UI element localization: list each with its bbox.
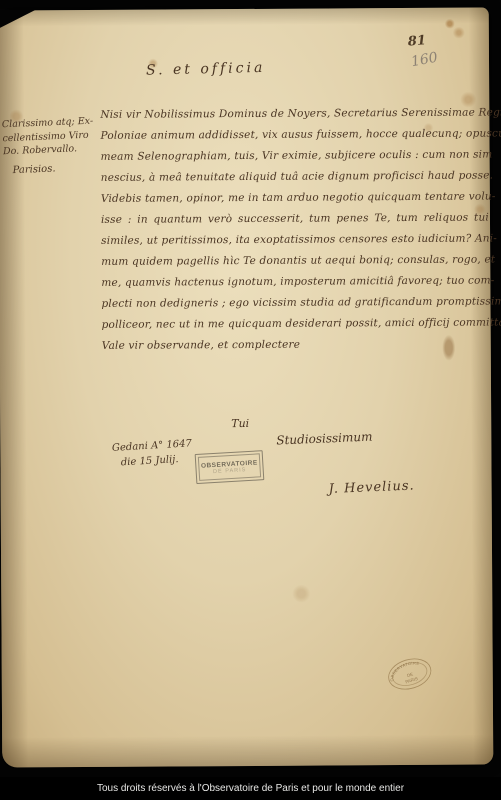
body-line: Videbis tamen, opinor, me in tam arduo n… xyxy=(101,187,489,210)
body-line: me, quamvis hactenus ignotum, imposterum… xyxy=(101,271,489,294)
body-line: mum quidem pagellis hìc Te donantis ut a… xyxy=(101,250,489,273)
embossed-seal: OBSERVATOIRE DE PARIS xyxy=(381,648,438,700)
closing-word: Studiosissimum xyxy=(276,430,373,448)
body-line: isse : in quantum verò successerit, tum … xyxy=(101,208,489,231)
body-line: plecti non dedigneris ; ego vicissim stu… xyxy=(101,292,489,315)
signature: J. Hevelius. xyxy=(328,478,415,497)
library-stamp: OBSERVATOIRE DE PARIS xyxy=(195,450,265,484)
folio-number-pencil: 160 xyxy=(410,50,439,71)
body-line: Poloniae animum addidisset, vix ausus fu… xyxy=(100,124,488,147)
library-stamp-subtext: DE PARIS xyxy=(213,467,247,475)
margin-address: Clarissimo atq; Ex- cellentissimo Viro D… xyxy=(2,114,108,159)
body-line: nescius, à meâ tenuitate aliquid tuâ aci… xyxy=(101,166,489,189)
letter-body: Nisi vir Nobilissimus Dominus de Noyers,… xyxy=(100,103,490,357)
manuscript-photograph: 81 160 S. et officia Clarissimo atq; Ex-… xyxy=(0,0,501,800)
manuscript-page: 81 160 S. et officia Clarissimo atq; Ex-… xyxy=(0,8,493,768)
folio-number-ink: 81 xyxy=(407,33,426,49)
copyright-caption: Tous droits réservés à l'Observatoire de… xyxy=(0,777,501,800)
closing-pronoun: Tui xyxy=(231,417,249,430)
body-line: meam Selenographiam, tuis, Vir eximie, s… xyxy=(101,145,489,168)
dateline-day: die 15 Julij. xyxy=(120,451,193,470)
body-line: similes, ut peritissimos, ita exoptatiss… xyxy=(101,229,489,252)
body-line: polliceor, nec ut in me quicquam desider… xyxy=(102,313,490,336)
margin-address-line: Do. Robervallo. xyxy=(3,141,107,159)
dateline: Gedani A° 1647 die 15 Julij. xyxy=(112,436,194,471)
page-corner-shadow xyxy=(0,9,37,29)
margin-destination: Parisios. xyxy=(12,163,55,176)
body-line: Vale vir observande, et complectere xyxy=(102,334,490,357)
library-stamp-frame: OBSERVATOIRE DE PARIS xyxy=(198,453,261,481)
body-line: Nisi vir Nobilissimus Dominus de Noyers,… xyxy=(100,103,488,126)
letter-salutation: S. et officia xyxy=(146,60,266,79)
